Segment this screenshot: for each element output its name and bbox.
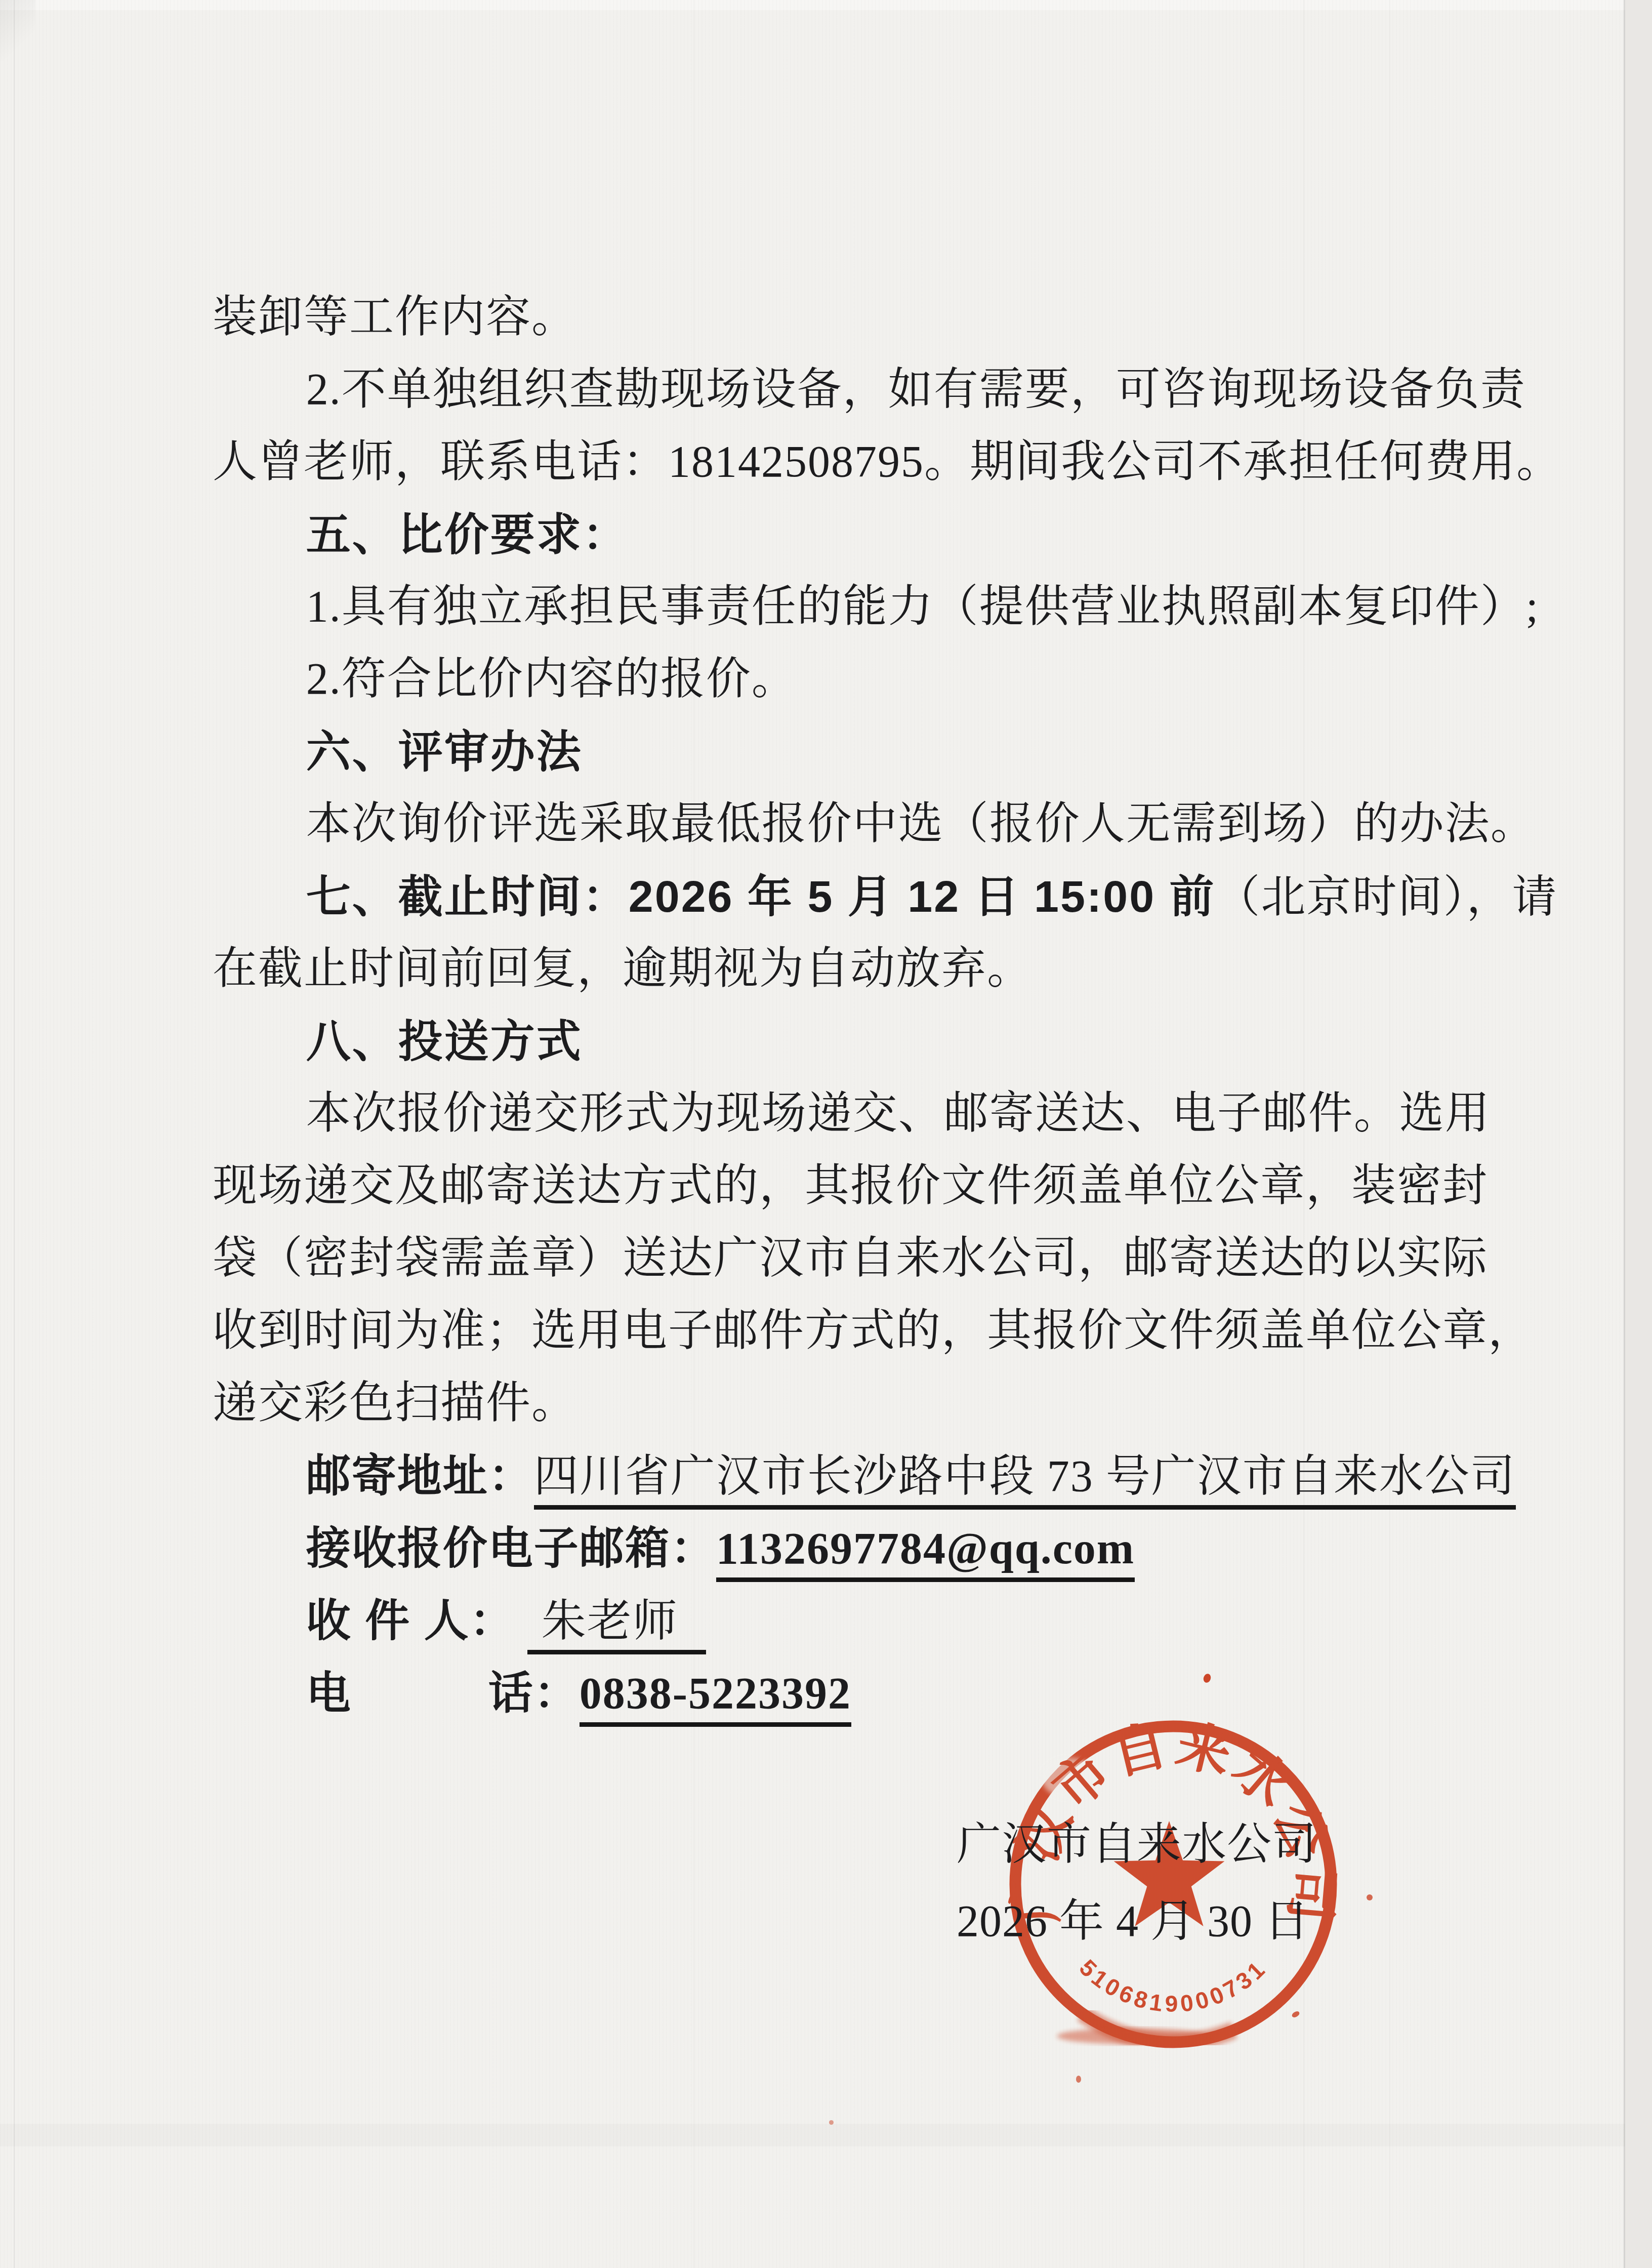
paragraph-line: 在截止时间前回复，逾期视为自动放弃。 xyxy=(213,933,1523,1005)
recipient-value: 朱老师 xyxy=(527,1595,706,1654)
email-line: 接收报价电子邮箱：1132697784@qq.com xyxy=(213,1512,1523,1584)
deadline-rest: （北京时间），请 xyxy=(1216,873,1558,922)
mail-address-value: 四川省广汉市长沙路中段 73 号广汉市自来水公司 xyxy=(534,1450,1516,1510)
phone-label: 电 话： xyxy=(306,1668,580,1718)
signature-company: 广汉市自来水公司 xyxy=(957,1822,1317,1867)
section-heading-5: 五、比价要求： xyxy=(213,498,1523,571)
scan-artifact-line xyxy=(14,0,15,2268)
signature-date: 2026 年 4 月 30 日 xyxy=(957,1899,1309,1944)
deadline-line: 七、截止时间：2026 年 5 月 12 日 15:00 前（北京时间），请 xyxy=(213,860,1523,933)
seal-ink-speck xyxy=(829,2120,834,2125)
seal-serial-number: 5106819000731 xyxy=(1075,1954,1272,2017)
phone-value: 0838-5223392 xyxy=(580,1668,851,1727)
mail-address-label: 邮寄地址： xyxy=(306,1450,534,1501)
scanned-document-page: 装卸等工作内容。 2.不单独组织查勘现场设备，如有需要，可咨询现场设备负责 人曾… xyxy=(0,0,1652,2268)
recipient-label: 收 件 人： xyxy=(306,1595,515,1645)
company-seal: 广汉市自来水公司 5106819000731 xyxy=(996,1707,1350,2061)
email-value: 1132697784@qq.com xyxy=(716,1523,1135,1582)
paragraph-line: 本次询价评选采取最低报价中选（报价人无需到场）的办法。 xyxy=(213,788,1523,860)
seal-ink-speck xyxy=(1076,2076,1081,2083)
requirement-item: 2.符合比价内容的报价。 xyxy=(213,643,1523,715)
email-label: 接收报价电子邮箱： xyxy=(306,1523,716,1573)
section-heading-6: 六、评审办法 xyxy=(213,715,1523,788)
recipient-line: 收 件 人： 朱老师 xyxy=(213,1584,1523,1656)
deadline-heading: 七、截止时间：2026 年 5 月 12 日 15:00 前 xyxy=(306,871,1216,921)
scan-artifact-band xyxy=(0,2124,1652,2146)
paragraph-line: 装卸等工作内容。 xyxy=(213,281,1523,353)
paragraph-line: 收到时间为准；选用电子邮件方式的，其报价文件须盖单位公章， xyxy=(213,1294,1523,1367)
paragraph-line: 2.不单独组织查勘现场设备，如有需要，可咨询现场设备负责 xyxy=(213,353,1523,426)
paragraph-line: 递交彩色扫描件。 xyxy=(213,1367,1523,1439)
requirement-item: 1.具有独立承担民事责任的能力（提供营业执照副本复印件）; xyxy=(213,571,1523,643)
seal-ink-speck xyxy=(1367,1894,1373,1900)
section-heading-8: 八、投送方式 xyxy=(213,1005,1523,1077)
document-body: 装卸等工作内容。 2.不单独组织查勘现场设备，如有需要，可咨询现场设备负责 人曾… xyxy=(213,281,1523,1729)
paragraph-line: 袋（密封袋需盖章）送达广汉市自来水公司，邮寄送达的以实际 xyxy=(213,1222,1523,1294)
seal-smudge xyxy=(1057,2028,1209,2044)
scan-corner-shadow xyxy=(0,0,35,61)
mail-address-line: 邮寄地址：四川省广汉市长沙路中段 73 号广汉市自来水公司 xyxy=(213,1439,1523,1512)
paragraph-line: 人曾老师，联系电话：18142508795。期间我公司不承担任何费用。 xyxy=(213,426,1523,498)
scan-edge-band xyxy=(1625,0,1652,2268)
paragraph-line: 现场递交及邮寄送达方式的，其报价文件须盖单位公章，装密封 xyxy=(213,1150,1523,1222)
paragraph-line: 本次报价递交形式为现场递交、邮寄送达、电子邮件。选用 xyxy=(213,1077,1523,1150)
